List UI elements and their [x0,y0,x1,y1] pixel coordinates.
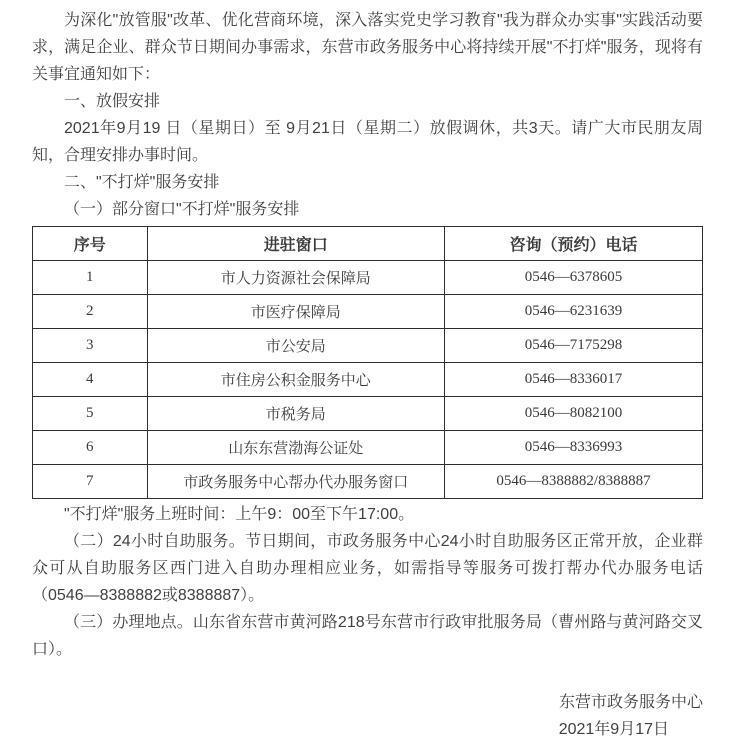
table-cell: 市税务局 [147,397,444,431]
service-table-body: 1市人力资源社会保障局0546—63786052市医疗保障局0546—62316… [33,261,703,499]
table-cell: 市人力资源社会保障局 [147,261,444,295]
table-cell: 4 [33,363,148,397]
signature-date: 2021年9月17日 [32,716,703,743]
holiday-schedule-paragraph: 2021年9月19 日（星期日）至 9月21日（星期二）放假调休，共3天。请广大… [32,115,703,169]
table-cell: 0546—8082100 [445,397,703,431]
table-cell: 1 [33,261,148,295]
table-row: 5市税务局0546—8082100 [33,397,703,431]
table-cell: 0546—6378605 [445,261,703,295]
table-cell: 0546—8336993 [445,431,703,465]
signature-block: 东营市政务服务中心 2021年9月17日 [32,689,703,743]
table-row: 2市医疗保障局0546—6231639 [33,295,703,329]
section2-sub3-paragraph: （三）办理地点。山东省东营市黄河路218号东营市行政审批服务局（曹州路与黄河路交… [32,609,703,663]
table-row: 6山东东营渤海公证处0546—8336993 [33,431,703,465]
table-cell: 0546—7175298 [445,329,703,363]
table-cell: 山东东营渤海公证处 [147,431,444,465]
table-row: 1市人力资源社会保障局0546—6378605 [33,261,703,295]
signature-organization: 东营市政务服务中心 [32,689,703,716]
notice-document: 为深化"放管服"改革、优化营商环境，深入落实党史学习教育"我为群众办实事"实践活… [0,0,730,744]
column-header-index: 序号 [33,227,148,261]
column-header-window: 进驻窗口 [147,227,444,261]
column-header-phone: 咨询（预约）电话 [445,227,703,261]
table-cell: 0546—8388882/8388887 [445,465,703,499]
table-cell: 市公安局 [147,329,444,363]
worktime-note: "不打烊"服务上班时间：上午9：00至下午17:00。 [32,501,703,528]
table-header-row: 序号 进驻窗口 咨询（预约）电话 [33,227,703,261]
table-row: 3市公安局0546—7175298 [33,329,703,363]
table-cell: 市政务服务中心帮办代办服务窗口 [147,465,444,499]
table-row: 4市住房公积金服务中心0546—8336017 [33,363,703,397]
section2-heading: 二、"不打烊"服务安排 [32,169,703,196]
table-cell: 2 [33,295,148,329]
service-window-table: 序号 进驻窗口 咨询（预约）电话 1市人力资源社会保障局0546—6378605… [32,226,703,499]
table-cell: 市住房公积金服务中心 [147,363,444,397]
section2-sub2-paragraph: （二）24小时自助服务。节日期间，市政务服务中心24小时自助服务区正常开放，企业… [32,528,703,609]
table-cell: 6 [33,431,148,465]
table-cell: 7 [33,465,148,499]
table-cell: 市医疗保障局 [147,295,444,329]
table-cell: 5 [33,397,148,431]
table-row: 7市政务服务中心帮办代办服务窗口0546—8388882/8388887 [33,465,703,499]
section1-heading: 一、放假安排 [32,88,703,115]
table-cell: 0546—6231639 [445,295,703,329]
section2-sub1-heading: （一）部分窗口"不打烊"服务安排 [32,196,703,223]
table-cell: 3 [33,329,148,363]
table-cell: 0546—8336017 [445,363,703,397]
intro-paragraph: 为深化"放管服"改革、优化营商环境，深入落实党史学习教育"我为群众办实事"实践活… [32,7,703,88]
